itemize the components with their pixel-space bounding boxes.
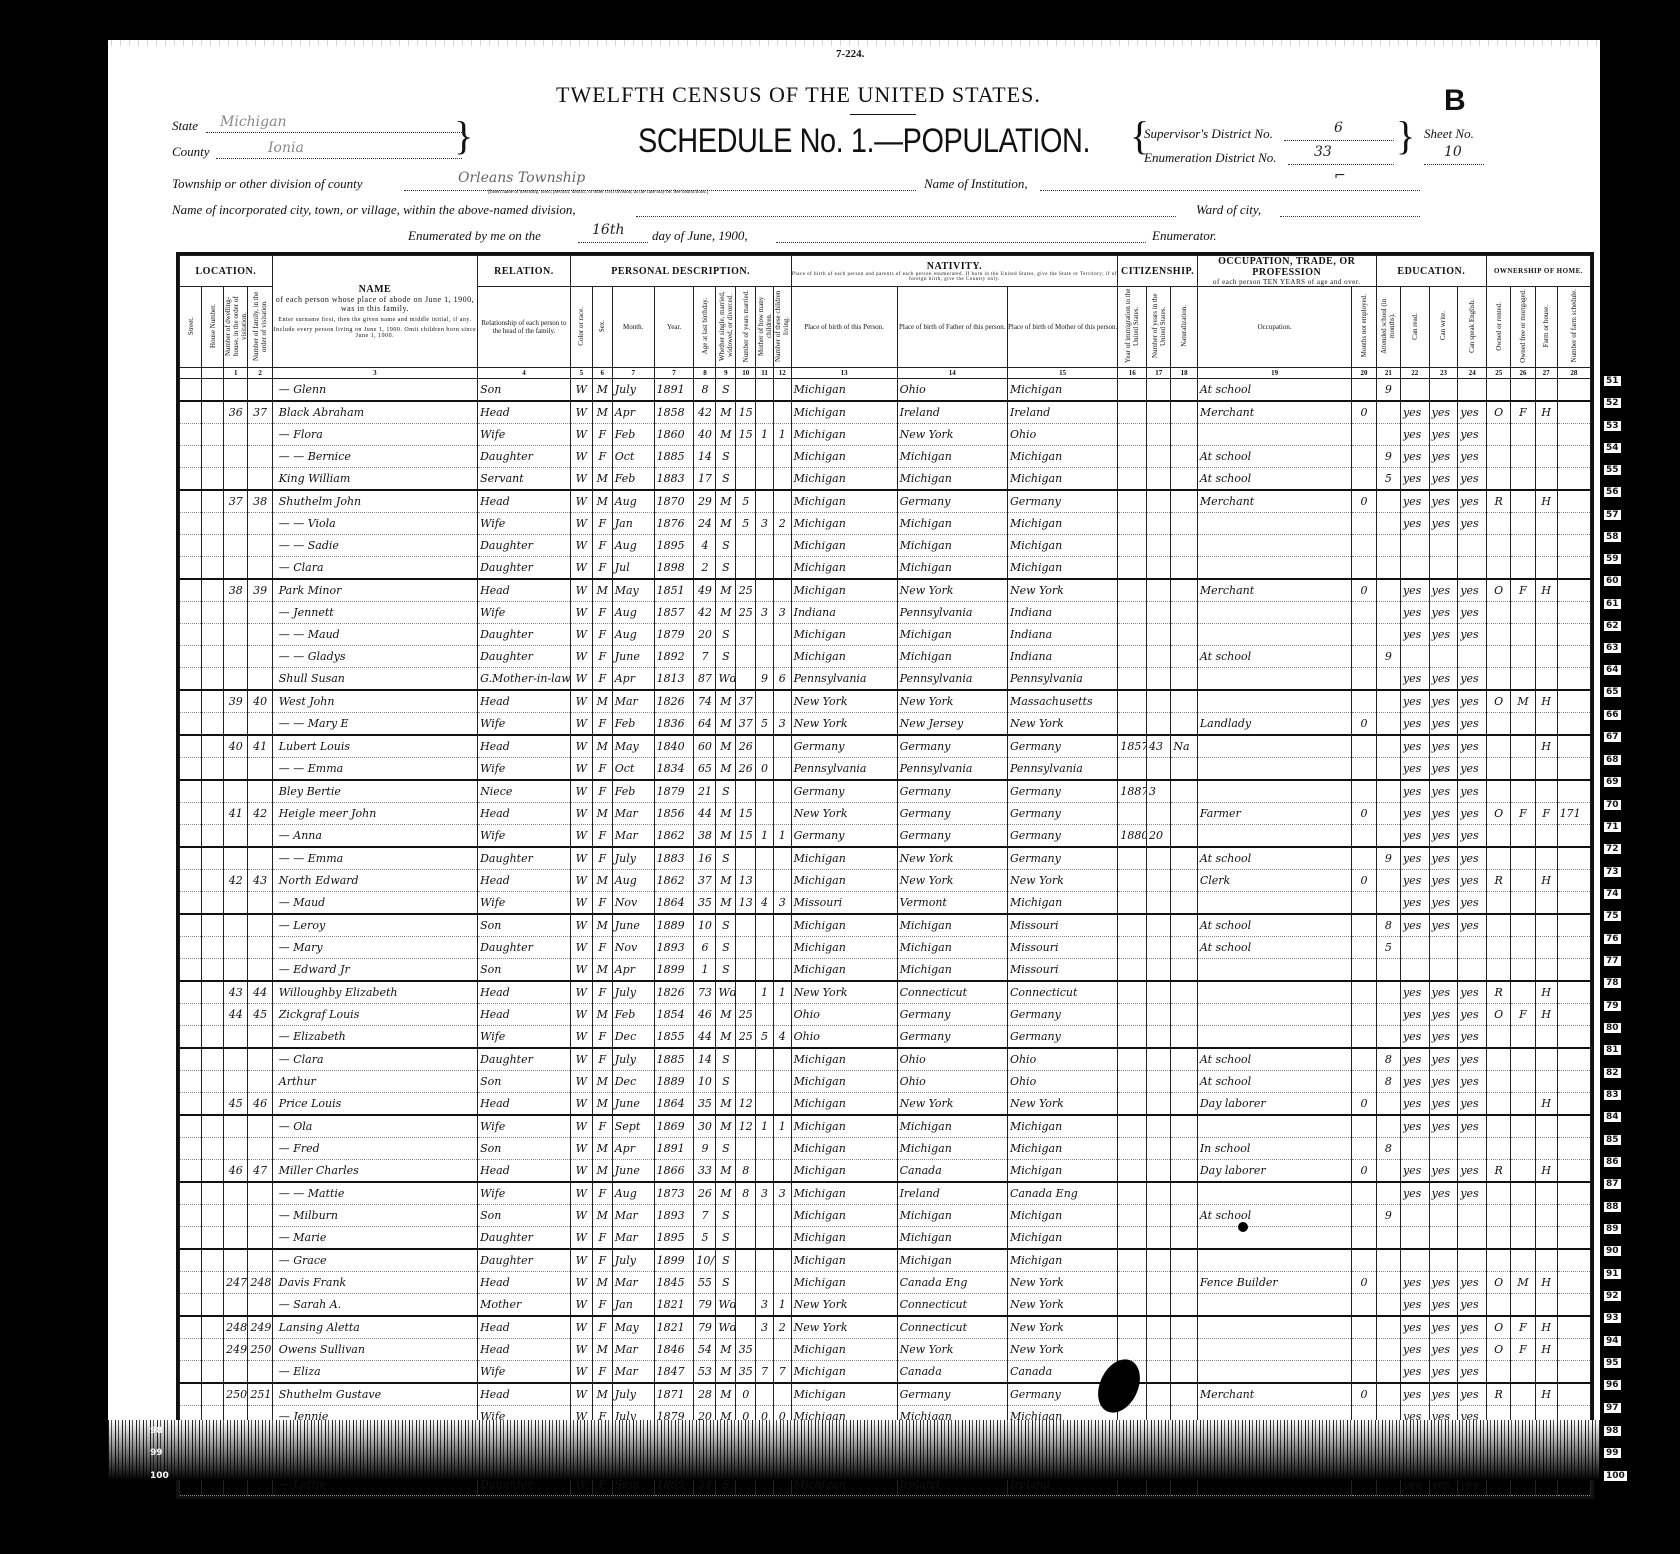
sex: F xyxy=(592,646,612,668)
line-number: 67 xyxy=(150,732,163,742)
owned-free-or-mortgaged xyxy=(1511,1361,1535,1384)
occupation-heading: OCCUPATION, TRADE, OR PROFESSION xyxy=(1198,256,1376,278)
can-read: yes xyxy=(1400,1115,1429,1138)
brace-district-close: } xyxy=(1396,116,1415,156)
sex: F xyxy=(592,1294,612,1317)
family-number xyxy=(248,1071,272,1093)
birth-month: Aug xyxy=(612,535,654,557)
can-read xyxy=(1400,1227,1429,1250)
enum-district-value: 33 xyxy=(1314,144,1332,160)
table-row: — — MaudDaughterWFAug187920SMichiganMich… xyxy=(180,624,1591,646)
owned-or-rented: O xyxy=(1487,803,1511,825)
years-in-us xyxy=(1147,668,1171,691)
age: 64 xyxy=(694,713,716,736)
months-not-employed xyxy=(1352,959,1376,982)
can-write: yes xyxy=(1429,1182,1458,1205)
can-speak-english: yes xyxy=(1458,624,1487,646)
farm-schedule-number xyxy=(1557,379,1590,402)
column-number: 16 xyxy=(1118,368,1147,379)
birth-month: Mar xyxy=(612,1272,654,1294)
house-number xyxy=(202,1115,224,1138)
owned-or-rented xyxy=(1487,1071,1511,1093)
race: W xyxy=(570,1205,592,1227)
birth-month: Aug xyxy=(612,490,654,513)
column-header: Age at last birthday. xyxy=(694,287,716,368)
can-write: yes xyxy=(1429,468,1458,491)
naturalization xyxy=(1171,914,1198,937)
mother-birthplace: Indiana xyxy=(1007,624,1117,646)
street xyxy=(180,1272,202,1294)
months-not-employed: 0 xyxy=(1352,803,1376,825)
owned-free-or-mortgaged xyxy=(1511,914,1535,937)
race: W xyxy=(570,803,592,825)
marital-status: S xyxy=(716,446,736,468)
person-name: — Jennett xyxy=(272,602,477,624)
naturalization: Na xyxy=(1171,735,1198,758)
can-read xyxy=(1400,1249,1429,1272)
street xyxy=(180,1383,202,1406)
mother-birthplace: Pennsylvania xyxy=(1007,668,1117,691)
owned-or-rented: O xyxy=(1487,401,1511,424)
table-row: Bley BertieNieceWFFeb187921SGermanyGerma… xyxy=(180,780,1591,803)
can-speak-english: yes xyxy=(1458,735,1487,758)
line-number: 85 xyxy=(1604,1135,1621,1145)
street xyxy=(180,959,202,982)
dwelling-number: 40 xyxy=(224,735,248,758)
relation: Mother xyxy=(478,1294,571,1317)
person-name: Bley Bertie xyxy=(272,780,477,803)
owned-or-rented xyxy=(1487,914,1511,937)
months-not-employed xyxy=(1352,535,1376,557)
dwelling-number xyxy=(224,1048,248,1071)
years-married xyxy=(736,557,756,580)
occupation xyxy=(1197,758,1352,781)
line-number: 96 xyxy=(1604,1380,1621,1390)
birth-month: Nov xyxy=(612,892,654,915)
marital-status: S xyxy=(716,847,736,870)
can-speak-english xyxy=(1458,1227,1487,1250)
marital-status: S xyxy=(716,1227,736,1250)
column-header-label: Attended school (in months). xyxy=(1380,288,1396,364)
column-header: Mother of how many children. xyxy=(756,287,774,368)
years-in-us xyxy=(1147,424,1171,446)
relation: Head xyxy=(478,870,571,892)
house-number xyxy=(202,490,224,513)
race: W xyxy=(570,1339,592,1361)
mother-of-children xyxy=(756,1339,774,1361)
farm-schedule-number xyxy=(1557,1071,1590,1093)
age: 79 xyxy=(694,1316,716,1339)
mother-birthplace: Michigan xyxy=(1007,1205,1117,1227)
race: W xyxy=(570,602,592,624)
mother-birthplace: Michigan xyxy=(1007,379,1117,402)
immigration-year xyxy=(1118,1294,1147,1317)
dwelling-number xyxy=(224,624,248,646)
can-write xyxy=(1429,1227,1458,1250)
ward-label: Ward of city, xyxy=(1196,202,1261,218)
occupation: At school xyxy=(1197,914,1352,937)
can-speak-english: yes xyxy=(1458,825,1487,848)
school-months xyxy=(1376,579,1400,602)
owned-or-rented xyxy=(1487,937,1511,959)
mother-birthplace: Michigan xyxy=(1007,1249,1117,1272)
race: W xyxy=(570,1071,592,1093)
can-write xyxy=(1429,959,1458,982)
mother-of-children xyxy=(756,379,774,402)
line-number: 76 xyxy=(1604,934,1621,944)
street xyxy=(180,825,202,848)
township-label: Township or other division of county xyxy=(172,176,363,192)
farm-schedule-number xyxy=(1557,1160,1590,1183)
family-number xyxy=(248,379,272,402)
group-education: EDUCATION. xyxy=(1376,256,1486,287)
father-birthplace: Michigan xyxy=(897,624,1007,646)
person-name: — — Sadie xyxy=(272,535,477,557)
relation: Head xyxy=(478,1004,571,1026)
line-number: 95 xyxy=(150,1358,163,1368)
table-row: — Sarah A.MotherWFJan182179Wd31New YorkC… xyxy=(180,1294,1591,1317)
house-number xyxy=(202,780,224,803)
immigration-year xyxy=(1118,914,1147,937)
years-married xyxy=(736,780,756,803)
birth-year: 1866 xyxy=(654,1160,694,1183)
can-speak-english: yes xyxy=(1458,1361,1487,1384)
street xyxy=(180,690,202,713)
farm-or-house xyxy=(1535,468,1557,491)
farm-or-house xyxy=(1535,1361,1557,1384)
immigration-year xyxy=(1118,847,1147,870)
occupation xyxy=(1197,424,1352,446)
owned-or-rented xyxy=(1487,1294,1511,1317)
can-read: yes xyxy=(1400,446,1429,468)
street xyxy=(180,937,202,959)
column-header-label: Number of years in the United States. xyxy=(1151,288,1167,364)
owned-or-rented xyxy=(1487,959,1511,982)
race: W xyxy=(570,1182,592,1205)
owned-or-rented: O xyxy=(1487,1316,1511,1339)
months-not-employed xyxy=(1352,847,1376,870)
house-number xyxy=(202,557,224,580)
column-header: Can speak English. xyxy=(1458,287,1487,368)
immigration-year xyxy=(1118,713,1147,736)
years-married xyxy=(736,379,756,402)
immigration-year: 1857 xyxy=(1118,735,1147,758)
years-in-us xyxy=(1147,1071,1171,1093)
column-header: Number of years in the United States. xyxy=(1147,287,1171,368)
enum-district-field xyxy=(1288,150,1394,165)
months-not-employed xyxy=(1352,446,1376,468)
owned-free-or-mortgaged: M xyxy=(1511,1272,1535,1294)
months-not-employed: 0 xyxy=(1352,1383,1376,1406)
dwelling-number: 38 xyxy=(224,579,248,602)
house-number xyxy=(202,1249,224,1272)
line-number: 81 xyxy=(150,1045,163,1055)
years-married xyxy=(736,959,756,982)
line-number: 65 xyxy=(1604,687,1621,697)
line-number: 60 xyxy=(1604,576,1621,586)
farm-or-house xyxy=(1535,1182,1557,1205)
school-months xyxy=(1376,780,1400,803)
school-months: 9 xyxy=(1376,847,1400,870)
relation: Head xyxy=(478,579,571,602)
father-birthplace: Michigan xyxy=(897,1249,1007,1272)
owned-free-or-mortgaged xyxy=(1511,892,1535,915)
can-speak-english: yes xyxy=(1458,401,1487,424)
person-name: — Anna xyxy=(272,825,477,848)
naturalization xyxy=(1171,401,1198,424)
age: 21 xyxy=(694,780,716,803)
farm-schedule-number xyxy=(1557,937,1590,959)
sex: F xyxy=(592,1182,612,1205)
age: 6 xyxy=(694,937,716,959)
can-read: yes xyxy=(1400,1071,1429,1093)
immigration-year xyxy=(1118,513,1147,535)
years-married xyxy=(736,1048,756,1071)
owned-or-rented: R xyxy=(1487,1160,1511,1183)
table-row: 3637Black AbrahamHeadWMApr185842M15Michi… xyxy=(180,401,1591,424)
occupation: At school xyxy=(1197,468,1352,491)
mother-birthplace: Michigan xyxy=(1007,1160,1117,1183)
children-living xyxy=(773,780,791,803)
mother-birthplace: New York xyxy=(1007,1316,1117,1339)
line-number: 88 xyxy=(1604,1202,1621,1212)
birthplace: Michigan xyxy=(791,1160,897,1183)
owned-free-or-mortgaged xyxy=(1511,424,1535,446)
table-row: — — SadieDaughterWFAug18954SMichiganMich… xyxy=(180,535,1591,557)
birthplace: Michigan xyxy=(791,1115,897,1138)
line-number: 63 xyxy=(1604,643,1621,653)
column-number: 26 xyxy=(1511,368,1535,379)
months-not-employed xyxy=(1352,1115,1376,1138)
street xyxy=(180,735,202,758)
line-number: 100 xyxy=(150,1471,169,1481)
can-read: yes xyxy=(1400,1160,1429,1183)
birthplace: Michigan xyxy=(791,490,897,513)
column-header: Can read. xyxy=(1400,287,1429,368)
relation: Son xyxy=(478,1205,571,1227)
farm-or-house xyxy=(1535,1115,1557,1138)
sex: F xyxy=(592,713,612,736)
line-number: 58 xyxy=(1604,532,1621,542)
age: 7 xyxy=(694,646,716,668)
immigration-year xyxy=(1118,1138,1147,1160)
years-in-us xyxy=(1147,690,1171,713)
house-number xyxy=(202,981,224,1004)
age: 46 xyxy=(694,1004,716,1026)
mother-birthplace: New York xyxy=(1007,1272,1117,1294)
children-living xyxy=(773,1004,791,1026)
birth-month: Jan xyxy=(612,1294,654,1317)
column-header-birth-month: Month. xyxy=(612,287,654,368)
relation: Wife xyxy=(478,1115,571,1138)
race: W xyxy=(570,1316,592,1339)
father-birthplace: Michigan xyxy=(897,513,1007,535)
owned-free-or-mortgaged xyxy=(1511,1071,1535,1093)
can-speak-english: yes xyxy=(1458,1182,1487,1205)
mother-of-children xyxy=(756,579,774,602)
birthplace: Michigan xyxy=(791,914,897,937)
school-months xyxy=(1376,690,1400,713)
years-in-us xyxy=(1147,1182,1171,1205)
family-number: 47 xyxy=(248,1160,272,1183)
birth-month: Aug xyxy=(612,1182,654,1205)
months-not-employed: 0 xyxy=(1352,713,1376,736)
table-row: 4445Zickgraf LouisHeadWMFeb185446M25Ohio… xyxy=(180,1004,1591,1026)
marital-status: Wd xyxy=(716,1316,736,1339)
birth-year: 1821 xyxy=(654,1294,694,1317)
children-living xyxy=(773,735,791,758)
table-row: — — BerniceDaughterWFOct188514SMichiganM… xyxy=(180,446,1591,468)
can-speak-english xyxy=(1458,557,1487,580)
owned-or-rented xyxy=(1487,847,1511,870)
street xyxy=(180,892,202,915)
owned-free-or-mortgaged xyxy=(1511,981,1535,1004)
can-read: yes xyxy=(1400,513,1429,535)
children-living xyxy=(773,1272,791,1294)
street xyxy=(180,446,202,468)
line-number: 73 xyxy=(150,867,163,877)
mother-of-children: 0 xyxy=(756,758,774,781)
years-in-us xyxy=(1147,379,1171,402)
line-number: 65 xyxy=(150,687,163,697)
birth-month: Apr xyxy=(612,668,654,691)
father-birthplace: Ohio xyxy=(897,1048,1007,1071)
column-header-label: Owned free or mortgaged. xyxy=(1519,289,1527,363)
marital-status: M xyxy=(716,579,736,602)
immigration-year xyxy=(1118,1093,1147,1116)
years-married: 12 xyxy=(736,1115,756,1138)
can-read xyxy=(1400,557,1429,580)
farm-or-house xyxy=(1535,668,1557,691)
mother-of-children xyxy=(756,1249,774,1272)
birth-year: 1889 xyxy=(654,1071,694,1093)
owned-or-rented xyxy=(1487,1227,1511,1250)
sex: M xyxy=(592,959,612,982)
marital-status: Wd xyxy=(716,668,736,691)
column-number: 28 xyxy=(1557,368,1590,379)
years-married xyxy=(736,535,756,557)
age: 87 xyxy=(694,668,716,691)
street xyxy=(180,1182,202,1205)
school-months: 9 xyxy=(1376,446,1400,468)
years-married xyxy=(736,624,756,646)
name-note-1: Enter surname first, then the given name… xyxy=(273,317,477,323)
can-read: yes xyxy=(1400,468,1429,491)
table-row: 4647Miller CharlesHeadWMJune186633M8Mich… xyxy=(180,1160,1591,1183)
age: 53 xyxy=(694,1361,716,1384)
enumerated-suffix: day of June, 1900, xyxy=(652,228,748,244)
owned-free-or-mortgaged xyxy=(1511,513,1535,535)
school-months xyxy=(1376,1004,1400,1026)
months-not-employed xyxy=(1352,624,1376,646)
farm-or-house xyxy=(1535,602,1557,624)
age: 74 xyxy=(694,690,716,713)
owned-free-or-mortgaged xyxy=(1511,557,1535,580)
person-name: Shuthelm Gustave xyxy=(272,1383,477,1406)
age: 44 xyxy=(694,1026,716,1049)
years-married: 5 xyxy=(736,490,756,513)
owned-or-rented xyxy=(1487,892,1511,915)
naturalization xyxy=(1171,803,1198,825)
birth-month: May xyxy=(612,735,654,758)
group-ownership: OWNERSHIP OF HOME. xyxy=(1487,256,1591,287)
dwelling-number xyxy=(224,1361,248,1384)
sex: F xyxy=(592,1048,612,1071)
years-married xyxy=(736,468,756,491)
age: 10 xyxy=(694,914,716,937)
line-number: 60 xyxy=(150,576,163,586)
owned-free-or-mortgaged: F xyxy=(1511,1316,1535,1339)
person-name: Davis Frank xyxy=(272,1272,477,1294)
line-number: 56 xyxy=(1604,487,1621,497)
sex: M xyxy=(592,579,612,602)
can-write xyxy=(1429,937,1458,959)
years-in-us xyxy=(1147,1048,1171,1071)
family-number xyxy=(248,892,272,915)
months-not-employed xyxy=(1352,735,1376,758)
birth-year: 1899 xyxy=(654,1249,694,1272)
dwelling-number xyxy=(224,758,248,781)
farm-schedule-number xyxy=(1557,870,1590,892)
immigration-year xyxy=(1118,892,1147,915)
family-number xyxy=(248,1294,272,1317)
marital-status: M xyxy=(716,1004,736,1026)
house-number xyxy=(202,1093,224,1116)
can-write: yes xyxy=(1429,1316,1458,1339)
line-number: 99 xyxy=(1604,1448,1621,1458)
mother-birthplace: New York xyxy=(1007,1339,1117,1361)
table-row: — GraceDaughterWFJuly189910/12SMichiganM… xyxy=(180,1249,1591,1272)
birth-year: 1885 xyxy=(654,1048,694,1071)
sex: F xyxy=(592,1026,612,1049)
naturalization xyxy=(1171,602,1198,624)
sex: F xyxy=(592,1361,612,1384)
farm-schedule-number xyxy=(1557,847,1590,870)
house-number xyxy=(202,1048,224,1071)
column-number: 20 xyxy=(1352,368,1376,379)
farm-schedule-number xyxy=(1557,914,1590,937)
can-write xyxy=(1429,379,1458,402)
farm-or-house xyxy=(1535,535,1557,557)
can-speak-english: yes xyxy=(1458,914,1487,937)
immigration-year xyxy=(1118,1316,1147,1339)
birth-year: 1858 xyxy=(654,401,694,424)
owned-free-or-mortgaged xyxy=(1511,1294,1535,1317)
months-not-employed xyxy=(1352,1026,1376,1049)
birthplace: Germany xyxy=(791,825,897,848)
column-number: 21 xyxy=(1376,368,1400,379)
immigration-year xyxy=(1118,468,1147,491)
table-row: — ElizaWifeWFMar184753M3577MichiganCanad… xyxy=(180,1361,1591,1384)
institution-label: Name of Institution, xyxy=(924,176,1028,192)
immigration-year xyxy=(1118,1071,1147,1093)
birth-month: Mar xyxy=(612,690,654,713)
immigration-year xyxy=(1118,870,1147,892)
column-header: Number of family, in the order of visita… xyxy=(248,287,272,368)
house-number xyxy=(202,713,224,736)
school-months xyxy=(1376,602,1400,624)
father-birthplace: Pennsylvania xyxy=(897,602,1007,624)
table-row: — OlaWifeWFSept186930M1211MichiganMichig… xyxy=(180,1115,1591,1138)
person-name: — — Viola xyxy=(272,513,477,535)
line-number: 72 xyxy=(1604,844,1621,854)
column-number xyxy=(180,368,202,379)
population-schedule-table: LOCATION. NAME of each person whose plac… xyxy=(176,252,1594,1499)
dwelling-number xyxy=(224,713,248,736)
age: 9 xyxy=(694,1138,716,1160)
column-header-label: Whether single, married, widowed, or div… xyxy=(718,288,734,364)
house-number xyxy=(202,1138,224,1160)
